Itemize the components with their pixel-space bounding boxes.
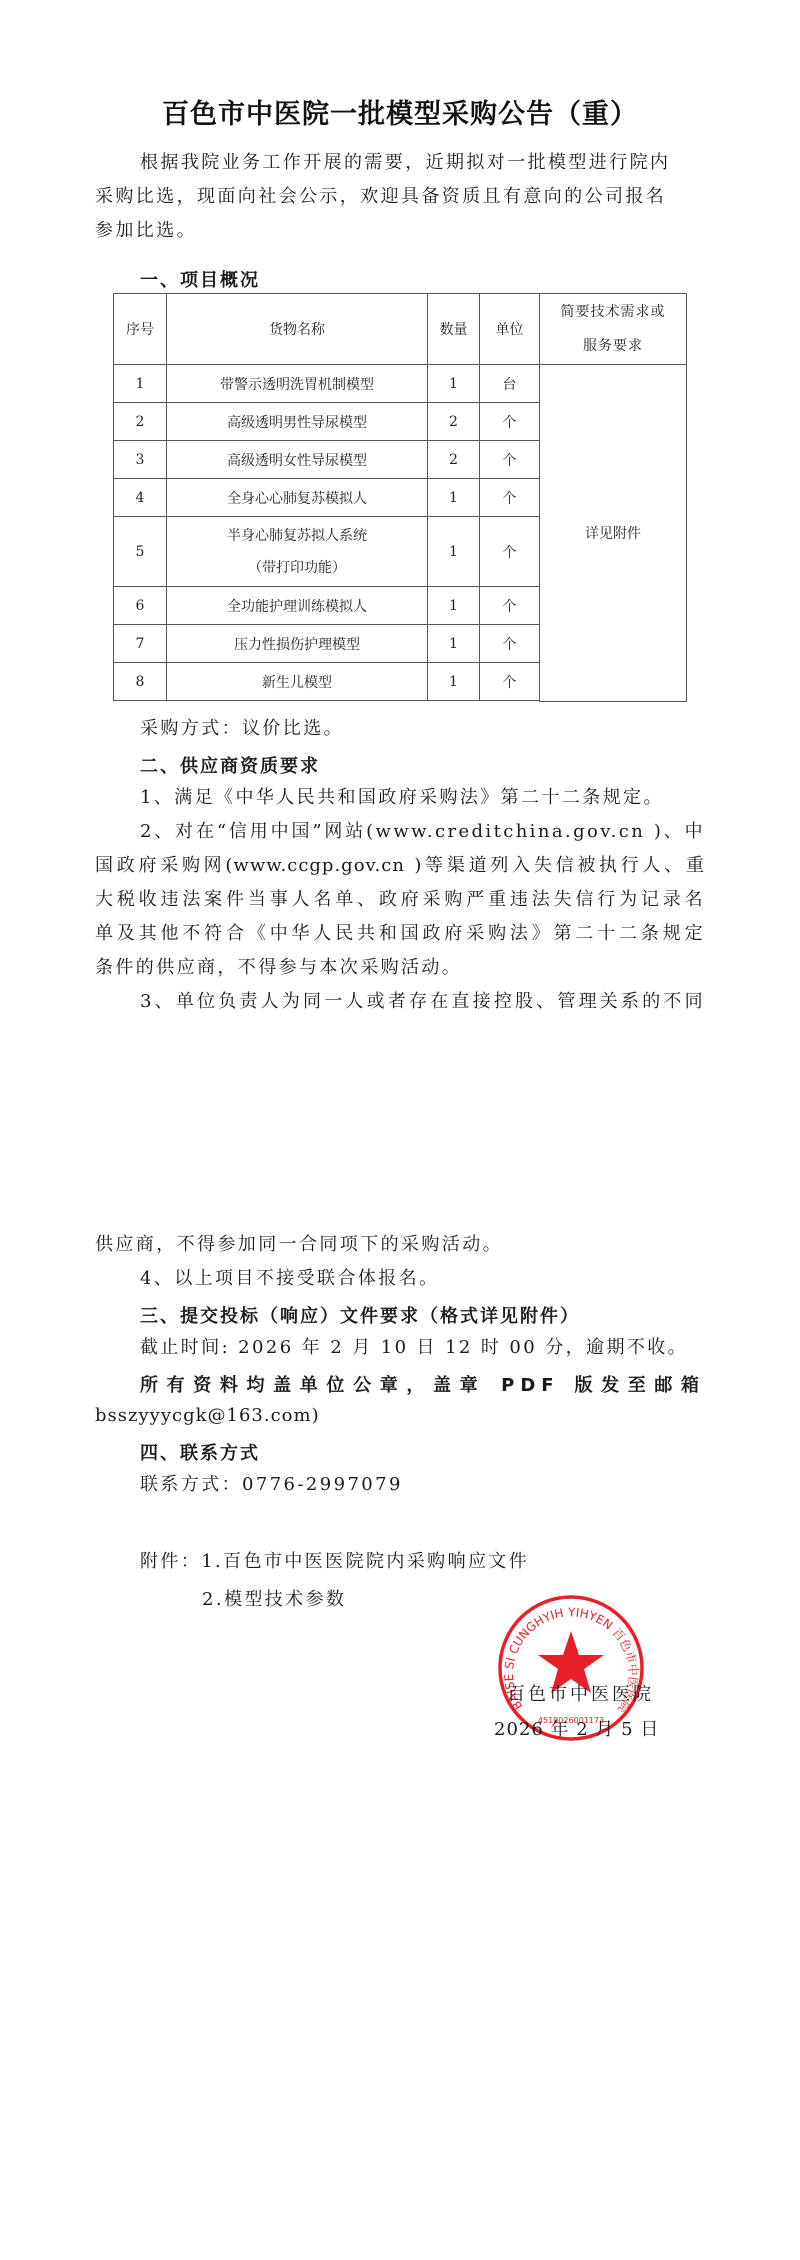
cell-name: 新生儿模型 [167, 663, 428, 701]
submission-email: bsszyyycgk@163.com) [95, 1399, 320, 1433]
cell-unit: 个 [480, 587, 540, 625]
cell-unit: 个 [480, 663, 540, 701]
cell-name: 压力性损伤护理模型 [167, 625, 428, 663]
qualification-item-2-line-3: 大税收违法案件当事人名单、政府采购严重违法失信行为记录名 [95, 883, 705, 917]
items-table: 序号 货物名称 数量 单位 简要技术需求或 服务要求 1 带警示透明洗胃机制模型… [113, 293, 687, 702]
cell-no: 4 [114, 479, 167, 517]
cell-name-line2: （带打印功能） [167, 552, 427, 584]
table-row: 1 带警示透明洗胃机制模型 1 台 详见附件 [114, 365, 687, 403]
procurement-method: 采购方式：议价比选。 [140, 712, 344, 746]
cell-unit: 个 [480, 441, 540, 479]
qualification-item-4: 4、以上项目不接受联合体报名。 [140, 1262, 439, 1296]
intro-line-3: 参加比选。 [95, 214, 197, 248]
section-heading-submission: 三、提交投标（响应）文件要求（格式详见附件） [140, 1302, 580, 1328]
signature-organization: 百色市中医医院 [507, 1678, 654, 1712]
cell-qty: 1 [428, 517, 480, 587]
cell-name-line1: 半身心肺复苏拟人系统 [167, 520, 427, 552]
contact-phone: 联系方式：0776-2997079 [140, 1468, 403, 1502]
cell-no: 6 [114, 587, 167, 625]
cell-name: 高级透明男性导尿模型 [167, 403, 428, 441]
cell-name: 半身心肺复苏拟人系统 （带打印功能） [167, 517, 428, 587]
cell-no: 5 [114, 517, 167, 587]
cell-no: 7 [114, 625, 167, 663]
cell-qty: 1 [428, 625, 480, 663]
signature-date: 2026 年 2 月 5 日 [494, 1713, 659, 1747]
attachment-item-2: 2.模型技术参数 [202, 1583, 346, 1617]
cell-name: 高级透明女性导尿模型 [167, 441, 428, 479]
submission-instruction-line-1: 所有资料均盖单位公章，盖章 PDF 版发至邮箱 [140, 1371, 705, 1397]
header-requirements-line2: 服务要求 [540, 329, 686, 363]
cell-name: 全功能护理训练模拟人 [167, 587, 428, 625]
attachment-item-1: 附件：1.百色市中医医院院内采购响应文件 [140, 1545, 529, 1579]
section-heading-overview: 一、项目概况 [140, 266, 260, 292]
cell-qty: 1 [428, 479, 480, 517]
header-qty: 数量 [428, 294, 480, 365]
cell-qty: 1 [428, 663, 480, 701]
qualification-item-1: 1、满足《中华人民共和国政府采购法》第二十二条规定。 [140, 781, 664, 815]
header-requirements: 简要技术需求或 服务要求 [540, 294, 687, 365]
page-title: 百色市中医院一批模型采购公告（重） [0, 92, 800, 131]
intro-line-2: 采购比选，现面向社会公示，欢迎具备资质且有意向的公司报名 [95, 180, 666, 214]
cell-name: 全身心心肺复苏模拟人 [167, 479, 428, 517]
submission-deadline: 截止时间: 2026 年 2 月 10 日 12 时 00 分，逾期不收。 [140, 1331, 688, 1365]
cell-requirements-merged: 详见附件 [540, 365, 687, 702]
cell-unit: 台 [480, 365, 540, 403]
section-heading-contact: 四、联系方式 [140, 1439, 260, 1465]
qualification-item-2-line-4: 单及其他不符合《中华人民共和国政府采购法》第二十二条规定 [95, 917, 705, 951]
qualification-item-2-line-5: 条件的供应商，不得参与本次采购活动。 [95, 951, 462, 985]
cell-no: 8 [114, 663, 167, 701]
cell-unit: 个 [480, 479, 540, 517]
table-header-row: 序号 货物名称 数量 单位 简要技术需求或 服务要求 [114, 294, 687, 365]
qualification-item-2-line-2: 国政府采购网(www.ccgp.gov.cn )等渠道列入失信被执行人、重 [95, 849, 705, 883]
cell-no: 3 [114, 441, 167, 479]
header-name: 货物名称 [167, 294, 428, 365]
cell-no: 1 [114, 365, 167, 403]
cell-unit: 个 [480, 625, 540, 663]
cell-unit: 个 [480, 403, 540, 441]
header-unit: 单位 [480, 294, 540, 365]
qualification-item-2-line-1: 2、对在“信用中国”网站(www.creditchina.gov.cn )、中 [140, 815, 705, 849]
intro-line-1: 根据我院业务工作开展的需要，近期拟对一批模型进行院内 [140, 146, 670, 180]
header-requirements-line1: 简要技术需求或 [540, 295, 686, 329]
cell-name: 带警示透明洗胃机制模型 [167, 365, 428, 403]
section-heading-qualifications: 二、供应商资质要求 [140, 752, 320, 778]
header-no: 序号 [114, 294, 167, 365]
cell-no: 2 [114, 403, 167, 441]
cell-qty: 2 [428, 441, 480, 479]
cell-qty: 1 [428, 587, 480, 625]
cell-qty: 1 [428, 365, 480, 403]
qualification-item-3-line-1: 3、单位负责人为同一人或者存在直接控股、管理关系的不同 [140, 985, 705, 1019]
qualification-item-3-line-2: 供应商，不得参加同一合同项下的采购活动。 [95, 1228, 503, 1262]
cell-qty: 2 [428, 403, 480, 441]
cell-unit: 个 [480, 517, 540, 587]
